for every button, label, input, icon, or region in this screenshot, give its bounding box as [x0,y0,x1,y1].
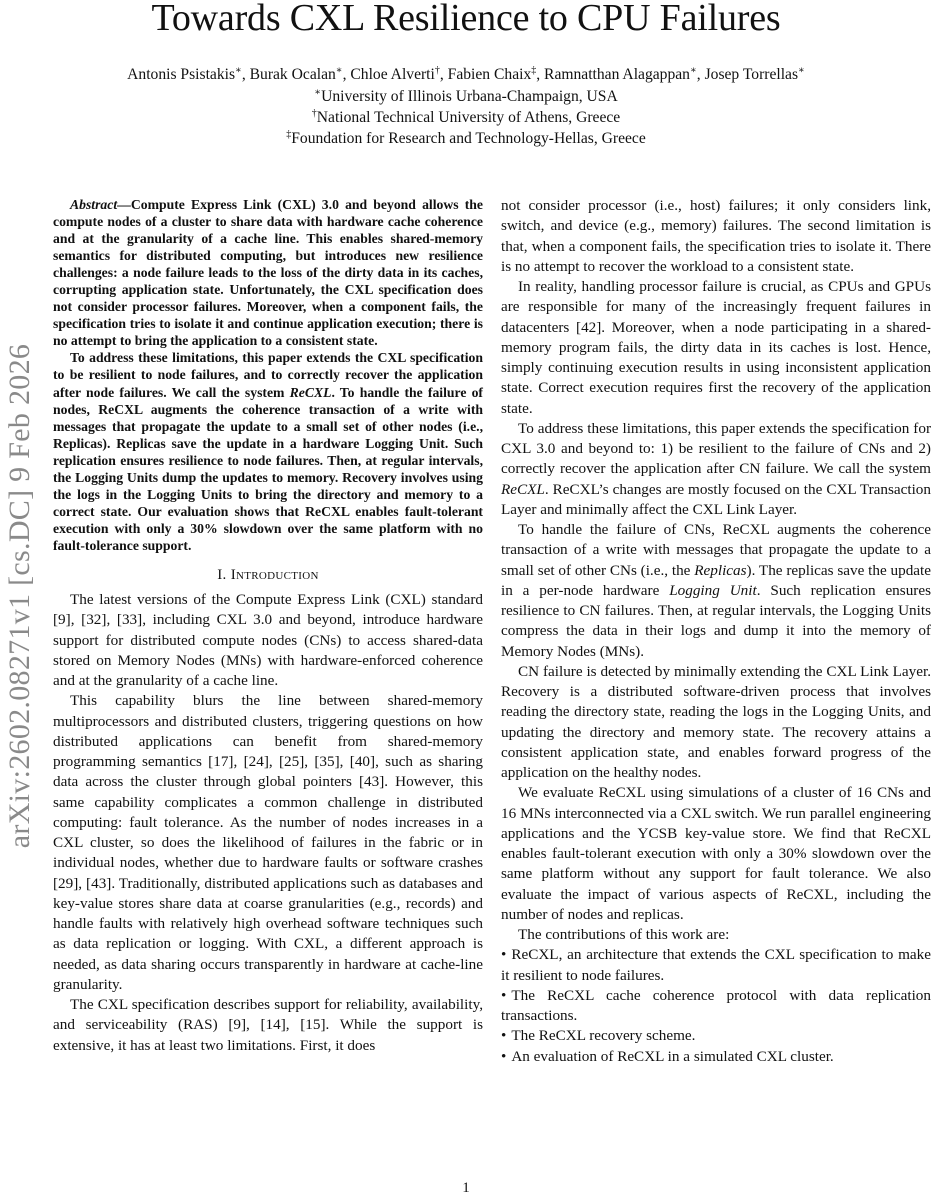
affiliation: †National Technical University of Athens… [0,107,932,128]
affiliation-name: University of Illinois Urbana-Champaign,… [321,88,618,105]
body-paragraph: In reality, handling processor failure i… [501,277,931,419]
body-paragraph: This capability blurs the line between s… [53,691,483,995]
section-heading: I. Introduction [53,565,483,585]
affiliation-mark: ∗ [798,65,805,76]
affiliation-mark: † [435,65,440,76]
affiliation: ‡Foundation for Research and Technology-… [0,128,932,149]
contribution-item: •The ReCXL cache coherence protocol with… [501,986,931,1027]
body-paragraph: To handle the failure of CNs, ReCXL augm… [501,520,931,662]
bullet-icon: • [501,987,506,1004]
body-paragraph: To address these limitations, this paper… [501,419,931,520]
affiliation-name: Foundation for Research and Technology-H… [291,130,646,147]
section-number: I. [217,567,226,583]
body-paragraph: The contributions of this work are: [501,925,931,945]
author-name: Burak Ocalan [250,66,336,83]
affiliation-name: National Technical University of Athens,… [317,109,620,126]
abstract: Abstract—Compute Express Link (CXL) 3.0 … [53,196,483,554]
left-column: Abstract—Compute Express Link (CXL) 3.0 … [53,196,483,1056]
bullet-icon: • [501,1048,506,1065]
author-name: Ramnatthan Alagappan [544,66,690,83]
affiliation-mark: ∗ [235,65,242,76]
body-paragraph: We evaluate ReCXL using simulations of a… [501,783,931,925]
body-paragraph: CN failure is detected by minimally exte… [501,662,931,784]
affiliation: ∗University of Illinois Urbana-Champaign… [0,86,932,107]
bullet-icon: • [501,1027,506,1044]
body-paragraph: The CXL specification describes support … [53,995,483,1056]
author-list: Antonis Psistakis∗, Burak Ocalan∗, Chloe… [0,64,932,85]
paper-title: Towards CXL Resilience to CPU Failures [0,0,932,38]
arxiv-identifier-stamp[interactable]: arXiv:2602.08271v1 [cs.DC] 9 Feb 2026 [2,281,38,911]
abstract-paragraph: To address these limitations, this paper… [53,349,483,554]
author-name: Chloe Alverti [350,66,434,83]
contribution-item: •An evaluation of ReCXL in a simulated C… [501,1047,931,1067]
author-name: Fabien Chaix [448,66,532,83]
abstract-paragraph: Abstract—Compute Express Link (CXL) 3.0 … [53,196,483,349]
right-column: not consider processor (i.e., host) fail… [501,196,931,1067]
author-name: Antonis Psistakis [127,66,235,83]
body-paragraph: The latest versions of the Compute Expre… [53,590,483,691]
affiliation-mark: ∗ [336,65,343,76]
page-number: 1 [0,1180,932,1197]
affiliation-mark: ‡ [531,65,536,76]
bullet-icon: • [501,946,506,963]
affiliation-mark: ∗ [690,65,697,76]
contribution-item: •ReCXL, an architecture that extends the… [501,945,931,986]
abstract-label: Abstract [70,197,117,212]
body-paragraph: not consider processor (i.e., host) fail… [501,196,931,277]
section-title: Introduction [231,567,319,583]
author-name: Josep Torrellas [705,66,798,83]
contribution-item: •The ReCXL recovery scheme. [501,1026,931,1046]
